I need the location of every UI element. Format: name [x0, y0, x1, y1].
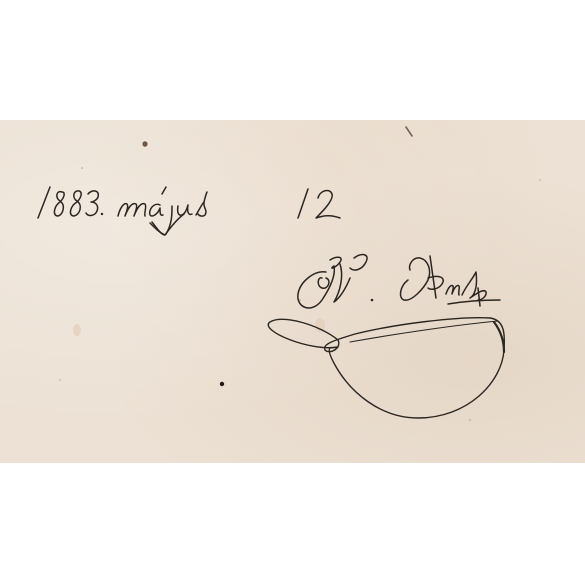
paper-specks	[59, 127, 541, 421]
date-handwriting	[38, 187, 340, 235]
handwriting-layer	[0, 120, 585, 463]
paper-sheet: 1883. május 12 K. Bmk	[0, 120, 585, 463]
signature-handwriting	[298, 255, 500, 308]
signature-flourish	[268, 318, 504, 418]
